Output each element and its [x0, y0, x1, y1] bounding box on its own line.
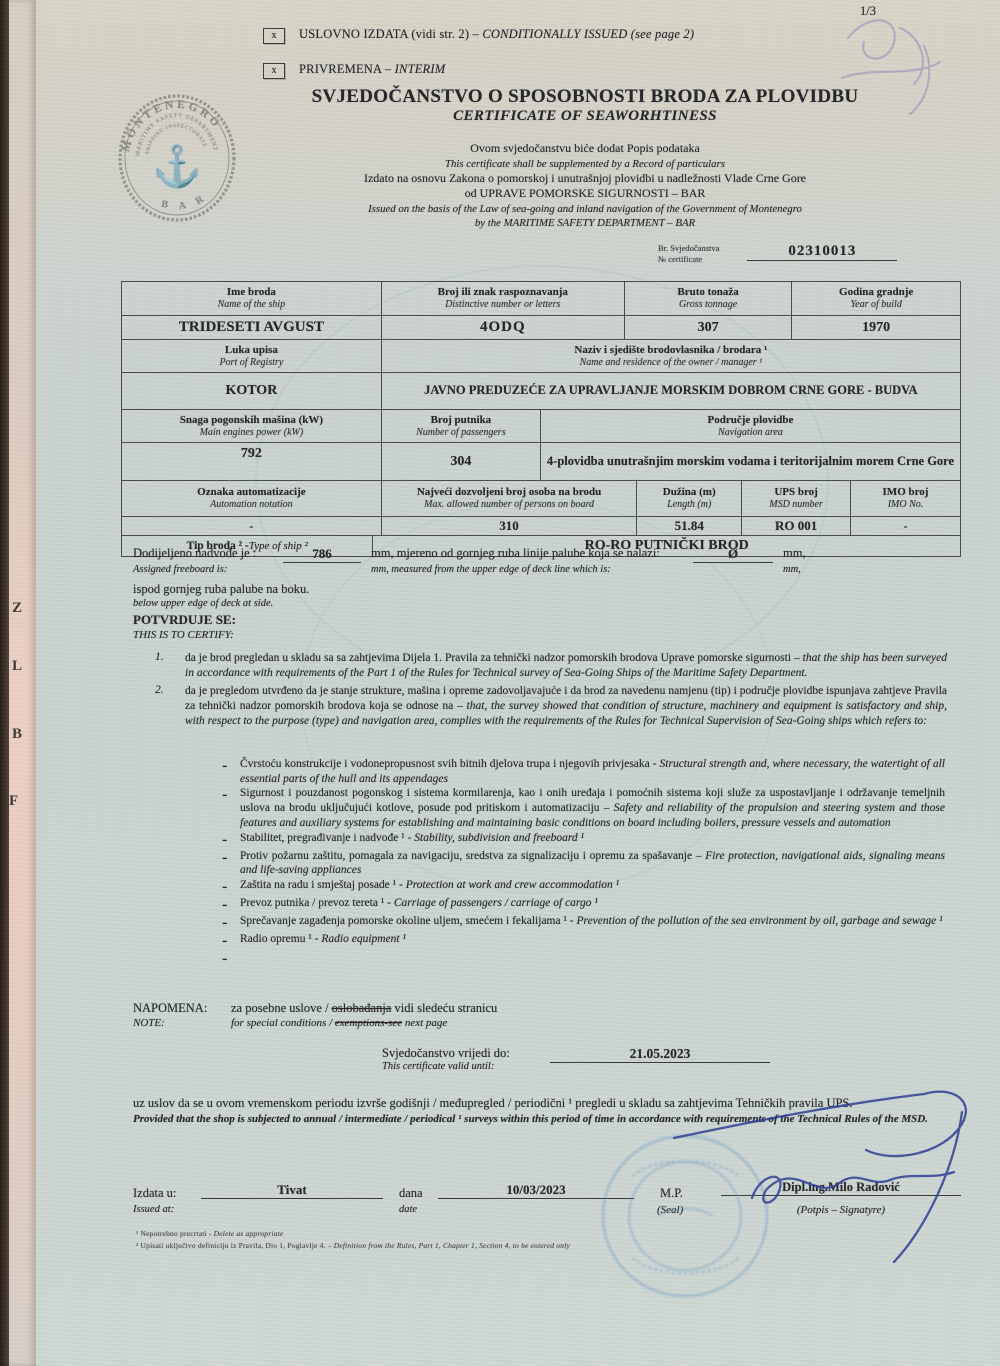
date-label-en: date — [399, 1204, 417, 1215]
scanned-certificate-page: 1/3 x USLOVNO IZDATA (vidi str. 2) – CON… — [0, 0, 1000, 1366]
certify-item: 1. da je brod pregledan u skladu sa sa z… — [155, 651, 947, 681]
table-row: TRIDESETI AVGUST 4ODQ 307 1970 — [122, 316, 960, 340]
ship-info-table: Ime brodaName of the ship Broj ili znak … — [121, 281, 961, 557]
header-en: Automation notation — [125, 499, 378, 510]
footnote-sr: Nepotrebno precrtati - — [138, 1229, 213, 1238]
bullet-en: - Prevention of the pollution of the sea… — [570, 915, 943, 927]
header-sr: Područje plovidbe — [544, 414, 957, 427]
freeboard-label-en: Assigned freeboard is: — [133, 564, 227, 575]
header-sr: UPS broj — [745, 486, 847, 499]
header-en: MSD number — [745, 499, 847, 510]
checkbox-label: PRIVREMENA – INTERIM — [299, 62, 445, 77]
page-edge-strip: Z L B F — [9, 0, 36, 1366]
table-row: Oznaka automatizacijeAutomation notation… — [122, 481, 960, 517]
header-sr: Oznaka automatizacije — [125, 486, 378, 499]
freeboard-end-en: mm, — [783, 564, 801, 575]
bullet-dash: - — [222, 831, 240, 849]
freeboard-below-en: below upper edge of deck at side. — [133, 598, 273, 609]
table-row: Luka upisaPort of Registry Naziv i sjedi… — [122, 340, 960, 373]
note-en-pre: for special conditions / — [231, 1017, 335, 1029]
valid-value: 21.05.2023 — [550, 1046, 770, 1063]
freeboard-section: Dodijeljeno nadvođe je : 786 mm, mjereno… — [133, 546, 945, 646]
bullet-dash: - — [222, 950, 240, 968]
header-sr: Broj putnika — [385, 414, 537, 427]
freeboard-below-sr: ispod gornjeg ruba palube na boku. — [133, 582, 309, 597]
gross-tonnage: 307 — [625, 316, 793, 339]
header-en: Gross tonnage — [628, 299, 789, 310]
footnote-en: Delete as appropriate — [214, 1229, 284, 1238]
bullet-en: - Stability, subdivision and freeboard ¹ — [408, 832, 584, 844]
handwritten-scribble — [826, 6, 966, 126]
bullet-en: - Protection at work and crew accommodat… — [399, 879, 619, 891]
header-sr: Broj ili znak raspoznavanja — [385, 286, 621, 299]
item-number: 2. — [155, 684, 185, 729]
msd-number: RO 001 — [742, 517, 851, 535]
freeboard-mid-sr: mm, mjereno od gornjeg ruba linije palub… — [371, 546, 660, 561]
bullet-dash: - — [222, 896, 240, 914]
port-of-registry: KOTOR — [122, 373, 382, 409]
valid-until: Svjedočanstvo vrijedi do: This certifica… — [382, 1046, 770, 1072]
checkbox-label-sr: USLOVNO IZDATA (vidi str. 2) – — [299, 27, 482, 41]
intro-line: by the MARITIME SAFETY DEPARTMENT – BAR — [190, 216, 980, 230]
bullet-dash: - — [222, 849, 240, 878]
header-en: Year of build — [795, 299, 957, 310]
bullet-sr: Stabilitet, pregrađivanje i nadvođe ¹ — [240, 832, 408, 844]
note-en-struck: exemptions-see — [335, 1017, 402, 1029]
checkbox-mark: x — [263, 63, 285, 79]
bullet-sr: Zaštita na radu i smještaj posade ¹ — [240, 879, 399, 891]
freeboard-value: 786 — [283, 546, 361, 563]
intro-line: Izdato na osnovu Zakona o pomorskoj i un… — [190, 171, 980, 187]
length: 51.84 — [637, 517, 742, 535]
issued-place: Tivat — [201, 1182, 383, 1199]
table-row: Ime brodaName of the ship Broj ili znak … — [122, 282, 960, 316]
engine-power: 792 — [122, 443, 382, 480]
header-en: IMO No. — [854, 499, 957, 510]
edge-letter: Z — [12, 600, 22, 617]
item-text-sr: da je brod pregledan u skladu sa sa zaht… — [185, 652, 794, 664]
checkbox-label: USLOVNO IZDATA (vidi str. 2) – CONDITION… — [299, 27, 694, 42]
intro-line: This certificate shall be supplemented b… — [190, 157, 980, 171]
bullet-item: -Sprečavanje zagađenja pomorske okoline … — [222, 914, 945, 932]
cert-no-value: 02310013 — [747, 243, 897, 261]
year-of-build: 1970 — [792, 316, 960, 339]
header-en: Main engines power (kW) — [125, 427, 378, 438]
bullet-sr: Protiv požarnu zaštitu, pomagala za navi… — [240, 850, 705, 862]
table-row: Snaga pogonskih mašina (kW)Main engines … — [122, 410, 960, 443]
intro-line: Ovom svjedočanstvu biće dodat Popis poda… — [190, 141, 980, 157]
freeboard-label-sr: Dodijeljeno nadvođe je : — [133, 546, 256, 561]
cert-no-label-en: № certificate — [658, 254, 719, 265]
page-content: 1/3 x USLOVNO IZDATA (vidi str. 2) – CON… — [0, 0, 1000, 1366]
bullet-item: -Zaštita na radu i smještaj posade ¹ - P… — [222, 878, 945, 896]
header-en: Distinctive number or letters — [385, 299, 621, 310]
certify-items: 1. da je brod pregledan u skladu sa sa z… — [155, 651, 947, 729]
bullet-item: -Protiv požarnu zaštitu, pomagala za nav… — [222, 849, 945, 878]
bullet-item: -Stabilitet, pregrađivanje i nadvođe ¹ -… — [222, 831, 945, 849]
intro-line: Issued on the basis of the Law of sea-go… — [190, 202, 980, 216]
header-sr: Godina gradnje — [795, 286, 957, 299]
call-sign: 4ODQ — [382, 316, 625, 339]
owner-name: JAVNO PREDUZEĆE ZA UPRAVLJANJE MORSKIM D… — [382, 373, 960, 409]
checkbox-label-sr: PRIVREMENA – — [299, 62, 395, 76]
max-persons: 310 — [382, 517, 638, 535]
table-row: KOTOR JAVNO PREDUZEĆE ZA UPRAVLJANJE MOR… — [122, 373, 960, 410]
freeboard-mid-en: mm, measured from the upper edge of deck… — [371, 564, 611, 575]
passengers: 304 — [382, 443, 541, 480]
navigation-area: 4-plovidba unutrašnjim morskim vodama i … — [541, 443, 960, 480]
bullet-sr: Prevoz putnika / prevoz tereta ¹ — [240, 897, 387, 909]
header-sr: Snaga pogonskih mašina (kW) — [125, 414, 378, 427]
intro-line: od UPRAVE POMORSKE SIGURNOSTI – BAR — [190, 186, 980, 202]
note-label-sr: NAPOMENA: — [133, 1001, 231, 1016]
checkbox-mark: x — [263, 28, 285, 44]
certify-heading-en: THIS IS TO CERTIFY: — [133, 629, 234, 641]
ship-name: TRIDESETI AVGUST — [122, 316, 382, 339]
bullet-sr: Radio opremu ¹ — [240, 933, 315, 945]
edge-letter: F — [9, 793, 18, 810]
header-en: Name of the ship — [125, 299, 378, 310]
signature-ink — [660, 1078, 990, 1278]
edge-letter: L — [12, 658, 22, 675]
note-section: NAPOMENA: za posebne uslove / oslobađanj… — [133, 1001, 853, 1029]
issued-label-en: Issued at: — [133, 1204, 174, 1215]
note-sr-post: vidi sledeću stranicu — [391, 1001, 497, 1015]
bullet-list: -Čvrstoću konstrukcije i vodonepropusnos… — [222, 757, 945, 968]
footnote-sr: Upisati uključivo definiciju iz Pravila,… — [138, 1241, 333, 1250]
bullet-item: - — [222, 950, 945, 968]
item-number: 1. — [155, 651, 185, 681]
bullet-sr: Čvrstoću konstrukcije i vodonepropusnost… — [240, 758, 653, 770]
table-row: 792 304 4-plovidba unutrašnjim morskim v… — [122, 443, 960, 481]
header-en: Max. allowed number of persons on board — [385, 499, 634, 510]
header-en: Name and residence of the owner / manage… — [385, 357, 957, 368]
intro-text: Ovom svjedočanstvu biće dodat Popis poda… — [190, 141, 980, 230]
bullet-en: - Radio equipment ¹ — [315, 933, 406, 945]
freeboard-end-sr: mm, — [783, 546, 806, 561]
header-en: Length (m) — [640, 499, 738, 510]
issued-label-sr: Izdata u: — [133, 1186, 176, 1201]
footnote-en: Definition from the Rules, Part 1, Chapt… — [334, 1241, 570, 1250]
cert-no-label-sr: Br. Svjedočanstva — [658, 243, 719, 254]
bullet-dash: - — [222, 786, 240, 830]
date-label-sr: dana — [399, 1186, 423, 1201]
certify-item: 2. da je pregledom utvrđeno da je stanje… — [155, 684, 947, 729]
bullet-sr: Sprečavanje zagađenja pomorske okoline u… — [240, 915, 570, 927]
bullet-dash: - — [222, 914, 240, 932]
note-en-post: next page — [402, 1017, 447, 1029]
bullet-item: -Prevoz putnika / prevoz tereta ¹ - Carr… — [222, 896, 945, 914]
checkbox-label-en: CONDITIONALLY ISSUED (see page 2) — [482, 27, 694, 41]
certificate-number: Br. Svjedočanstva № certificate 02310013 — [658, 243, 897, 264]
deckline-value: Ø — [693, 546, 773, 563]
header-en: Port of Registry — [125, 357, 378, 368]
checkbox-label-en: INTERIM — [395, 62, 446, 76]
note-sr-pre: za posebne uslove / — [231, 1001, 332, 1015]
bullet-dash: - — [222, 878, 240, 896]
header-sr: Bruto tonaža — [628, 286, 789, 299]
header-sr: Luka upisa — [125, 344, 378, 357]
bullet-item: -Čvrstoću konstrukcije i vodonepropusnos… — [222, 757, 945, 786]
bullet-dash: - — [222, 757, 240, 786]
edge-letter: B — [12, 726, 22, 743]
bullet-item: -Radio opremu ¹ - Radio equipment ¹ — [222, 932, 945, 950]
header-sr: IMO broj — [854, 486, 957, 499]
header-en: Navigation area — [544, 427, 957, 438]
bullet-item: -Sigurnost i pouzdanost pogonskog i sist… — [222, 786, 945, 830]
header-en: Number of passengers — [385, 427, 537, 438]
header-sr: Dužina (m) — [640, 486, 738, 499]
table-row: - 310 51.84 RO 001 - — [122, 517, 960, 536]
note-sr-struck: oslobađanja — [332, 1001, 392, 1015]
book-binding-edge — [0, 0, 9, 1366]
note-label-en: NOTE: — [133, 1017, 231, 1029]
bullet-dash: - — [222, 932, 240, 950]
certify-heading-sr: POTVRDUJE SE: — [133, 612, 236, 628]
imo-number: - — [851, 517, 960, 535]
bullet-en: - Carriage of passengers / carriage of c… — [387, 897, 598, 909]
valid-label-en: This certificate valid until: — [382, 1061, 540, 1072]
header-sr: Najveći dozvoljeni broj osoba na brodu — [385, 486, 634, 499]
checkbox-conditionally-issued: x USLOVNO IZDATA (vidi str. 2) – CONDITI… — [263, 27, 903, 44]
automation-notation: - — [122, 517, 382, 535]
checkbox-interim: x PRIVREMENA – INTERIM — [263, 62, 903, 79]
header-sr: Naziv i sjedište brodovlasnika / brodara… — [385, 344, 957, 357]
header-sr: Ime broda — [125, 286, 378, 299]
valid-label-sr: Svjedočanstvo vrijedi do: — [382, 1046, 540, 1061]
